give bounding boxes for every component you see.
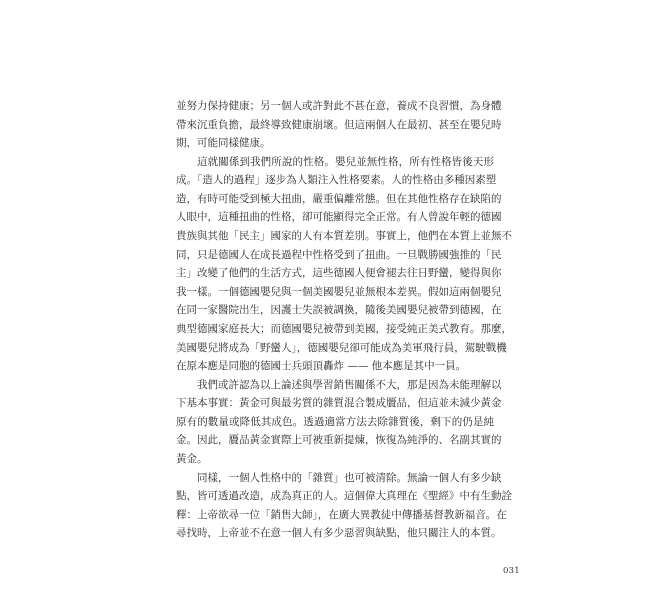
text-line: 期，可能同樣健康。 <box>176 134 494 153</box>
text-line: 黃金。 <box>176 450 494 469</box>
text-line: 主」改變了他們的生活方式，這些德國人便會褪去往日野蠻，變得與你 <box>176 264 494 283</box>
text-line: 這就關係到我們所說的性格。嬰兒並無性格，所有性格皆後天形 <box>176 153 494 172</box>
paragraph-1: 並努力保持健康；另一個人或許對此不甚在意，養成不良習慣，為身體 帶來沉重負擔，最… <box>176 97 494 153</box>
text-line: 金。因此，贗品黃金實際上可被重新提煉，恢復為純淨的、名副其實的 <box>176 431 494 450</box>
text-line: 成。「造人的過程」逐步為人類注入性格要素。人的性格由多種因素塑 <box>176 171 494 190</box>
paragraph-3: 我們或許認為以上論述與學習銷售關係不大，那是因為未能理解以 下基本事實：黃金可與… <box>176 376 494 469</box>
text-line: 在同一家醫院出生，因護士失誤被調換，隨後美國嬰兒被帶到德國，在 <box>176 301 494 320</box>
text-line: 釋：上帝欲尋一位「銷售大師」，在廣大異教徒中傳播基督教新福音。在 <box>176 506 494 525</box>
text-line: 點，皆可透過改造，成為真正的人。這個偉大真理在《聖經》中有生動詮 <box>176 487 494 506</box>
paragraph-2: 這就關係到我們所說的性格。嬰兒並無性格，所有性格皆後天形 成。「造人的過程」逐步… <box>176 153 494 376</box>
text-line: 同樣，一個人性格中的「雜質」也可被清除。無論一個人有多少缺 <box>176 469 494 488</box>
text-line: 下基本事實：黃金可與最劣質的雜質混合製成贗品，但這並未減少黃金 <box>176 394 494 413</box>
book-page: 並努力保持健康；另一個人或許對此不甚在意，養成不良習慣，為身體 帶來沉重負擔，最… <box>0 0 655 609</box>
body-text: 並努力保持健康；另一個人或許對此不甚在意，養成不良習慣，為身體 帶來沉重負擔，最… <box>176 97 494 543</box>
text-line: 我們或許認為以上論述與學習銷售關係不大，那是因為未能理解以 <box>176 376 494 395</box>
text-line: 原有的數量或降低其成色。透過適當方法去除雜質後，剩下的仍是純 <box>176 413 494 432</box>
text-line: 並努力保持健康；另一個人或許對此不甚在意，養成不良習慣，為身體 <box>176 97 494 116</box>
page-number: 031 <box>503 566 520 576</box>
text-line: 人眼中，這種扭曲的性格，卻可能顯得完全正常。有人曾說年輕的德國 <box>176 208 494 227</box>
text-line: 我一樣。一個德國嬰兒與一個美國嬰兒並無根本差異。假如這兩個嬰兒 <box>176 283 494 302</box>
text-line: 典型德國家庭長大；而德國嬰兒被帶到美國，接受純正美式教育。那麼， <box>176 320 494 339</box>
text-line: 貴族與其他「民主」國家的人有本質差別。事實上，他們在本質上並無不 <box>176 227 494 246</box>
text-line: 在原本應是同胞的德國士兵頭頂轟炸 —— 他本應是其中一員。 <box>176 357 494 376</box>
text-line: 美國嬰兒將成為「野蠻人」，德國嬰兒卻可能成為美軍飛行員，駕駛戰機 <box>176 339 494 358</box>
text-line: 尋找時，上帝並不在意一個人有多少惡習與缺點，他只關注人的本質。 <box>176 524 494 543</box>
text-line: 帶來沉重負擔，最終導致健康崩壞。但這兩個人在最初、甚至在嬰兒時 <box>176 116 494 135</box>
text-line: 同，只是德國人在成長過程中性格受到了扭曲。一旦戰勝國強推的「民 <box>176 246 494 265</box>
text-line: 造，有時可能受到極大扭曲，嚴重偏離常態。但在其他性格存在缺陷的 <box>176 190 494 209</box>
paragraph-4: 同樣，一個人性格中的「雜質」也可被清除。無論一個人有多少缺 點，皆可透過改造，成… <box>176 469 494 543</box>
